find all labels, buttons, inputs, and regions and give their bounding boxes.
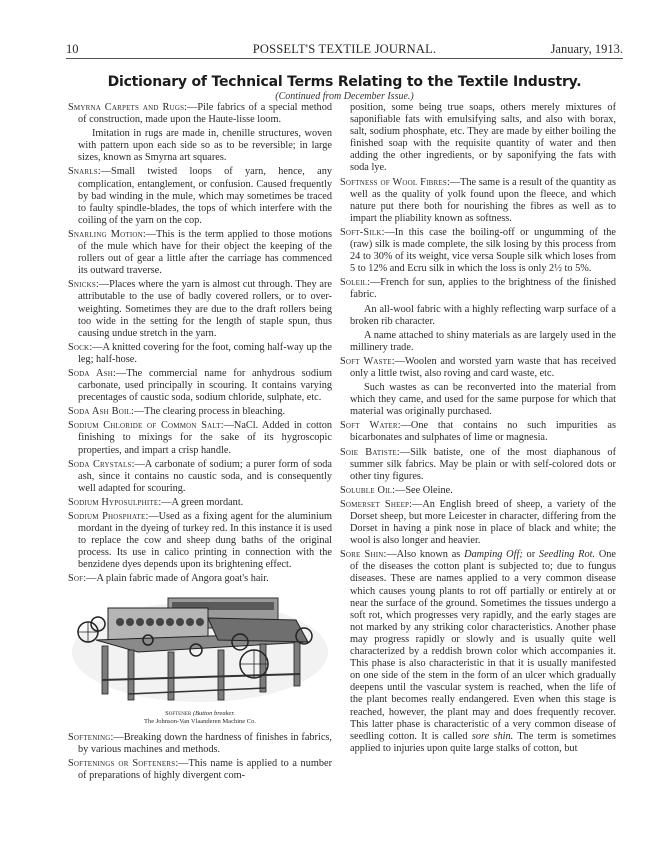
paragraph: Such wastes as can be reconverted into t…: [340, 382, 616, 418]
entry-somerset-sheep: Somerset Sheep:—An English breed of shee…: [340, 499, 616, 547]
definition: :—Places where the yarn is almost cut th…: [78, 279, 332, 338]
caption-term: Softener: [165, 710, 191, 717]
term: Sodium Phosphate: [68, 511, 145, 522]
entry-snarls: Snarls:—Small twisted loops of yarn, hen…: [68, 166, 332, 226]
definition-part: One of the diseases the cotton plant is …: [350, 549, 616, 741]
term: Soleil: [340, 277, 367, 288]
entry-softening: Softening:—Breaking down the hardness of…: [68, 732, 332, 756]
definition: :—Small twisted loops of yarn, hence, an…: [78, 166, 332, 225]
entry-soft-waste: Soft Waste:—Woolen and worsted yarn wast…: [340, 356, 616, 380]
entry-sore-shin: Sore Shin:—Also known as Damping Off; or…: [340, 549, 616, 755]
running-header: 10 POSSELT'S TEXTILE JOURNAL. January, 1…: [66, 40, 623, 59]
article-title: Dictionary of Technical Terms Relating t…: [66, 74, 623, 90]
term: Soft Water: [340, 420, 398, 431]
entry-sodium-chloride: Sodium Chloride of Common Salt:—NaCl. Ad…: [68, 420, 332, 456]
entry-snarling-motion: Snarling Motion:—This is the term applie…: [68, 229, 332, 277]
italic-term: Damping Off;: [464, 549, 523, 560]
term: Sodium Hyposulphite: [68, 497, 158, 508]
definition: :—The clearing process in bleaching.: [131, 406, 285, 417]
definition: :—The commercial name for anhydrous sodi…: [78, 368, 332, 403]
definition: :—See Oleine.: [392, 485, 453, 496]
entry-softenings-or-softeners: Softenings or Softeners:—This name is ap…: [68, 758, 332, 782]
entry-softness-of-wool-fibres: Softness of Wool Fibres:—The same is a r…: [340, 177, 616, 225]
definition: :—A green mordant.: [158, 497, 243, 508]
definition-part: :—Also known as: [383, 549, 464, 560]
term: Soft Waste: [340, 356, 392, 367]
entry-soluble-oil: Soluble Oil:—See Oleine.: [340, 485, 616, 497]
entry-soda-ash: Soda Ash:—The commercial name for anhydr…: [68, 368, 332, 404]
italic-term: sore shin.: [472, 731, 513, 742]
term: Snicks: [68, 279, 96, 290]
term: Somerset Sheep: [340, 499, 409, 510]
term: Soluble Oil: [340, 485, 392, 496]
left-column: Smyrna Carpets and Rugs:—Pile fabrics of…: [68, 102, 332, 784]
term: Soda Ash Boil: [68, 406, 131, 417]
issue-date: January, 1913.: [551, 40, 623, 58]
term: Softening: [68, 732, 111, 743]
entry-smyrna-carpets: Smyrna Carpets and Rugs:—Pile fabrics of…: [68, 102, 332, 126]
term: Soie Batiste: [340, 447, 397, 458]
caption-credit: The Johnson-Van Vlaanderen Machine Co.: [144, 718, 256, 725]
term: Soda Ash: [68, 368, 113, 379]
entry-soft-water: Soft Water:—One that contains no such im…: [340, 420, 616, 444]
article-subtitle: (Continued from December Issue.): [66, 91, 623, 102]
entry-soda-crystals: Soda Crystals:—A carbonate of sodium; a …: [68, 459, 332, 495]
right-column: position, some being true soaps, others …: [340, 102, 616, 757]
entry-soft-silk: Soft-Silk:—In this case the boiling-off …: [340, 227, 616, 275]
term: Sock: [68, 342, 89, 353]
journal-title: POSSELT'S TEXTILE JOURNAL.: [66, 40, 623, 58]
entry-soda-ash-boil: Soda Ash Boil:—The clearing process in b…: [68, 406, 332, 418]
definition: :—Breaking down the hardness of finishes…: [78, 732, 332, 755]
entry-snicks: Snicks:—Places where the yarn is almost …: [68, 279, 332, 339]
definition: :—A knitted covering for the foot, comin…: [78, 342, 332, 365]
term: Snarling Motion: [68, 229, 143, 240]
italic-term: Seedling Rot.: [539, 549, 595, 560]
term: Softness of Wool Fibres: [340, 177, 447, 188]
paragraph: Imitation in rugs are made in, chenille …: [68, 128, 332, 164]
machine-engraving-icon: [68, 590, 332, 708]
entry-soie-batiste: Soie Batiste:—Silk batiste, one of the m…: [340, 447, 616, 483]
definition: :—A plain fabric made of Angora goat's h…: [83, 573, 268, 584]
softener-machine-illustration: [68, 590, 332, 708]
continued-text: position, some being true soaps, others …: [340, 102, 616, 175]
term: Soft-Silk: [340, 227, 382, 238]
entry-soleil: Soleil:—French for sun, applies to the b…: [340, 277, 616, 301]
caption-subtitle: (Button breaker.: [193, 710, 235, 717]
term: Softenings or Softeners: [68, 758, 175, 769]
term: Soda Crystals: [68, 459, 132, 470]
term: Sodium Chloride of Common Salt: [68, 420, 221, 431]
term: Smyrna Carpets and Rugs: [68, 102, 184, 113]
entry-sock: Sock:—A knitted covering for the foot, c…: [68, 342, 332, 366]
entry-sodium-phosphate: Sodium Phosphate:—Used as a fixing agent…: [68, 511, 332, 571]
definition: :—French for sun, applies to the brightn…: [350, 277, 616, 300]
entry-sodium-hyposulphite: Sodium Hyposulphite:—A green mordant.: [68, 497, 332, 509]
figure-caption: Softener (Button breaker. The Johnson-Va…: [68, 710, 332, 726]
term: Sore Shin: [340, 549, 383, 560]
entry-sof: Sof:—A plain fabric made of Angora goat'…: [68, 573, 332, 585]
definition-part: or: [523, 549, 539, 560]
paragraph: An all-wool fabric with a highly reflect…: [340, 304, 616, 328]
term: Sof: [68, 573, 83, 584]
paragraph: A name attached to shiny materials as ar…: [340, 330, 616, 354]
term: Snarls: [68, 166, 98, 177]
definition: :—In this case the boiling-off or ungumm…: [350, 227, 616, 274]
